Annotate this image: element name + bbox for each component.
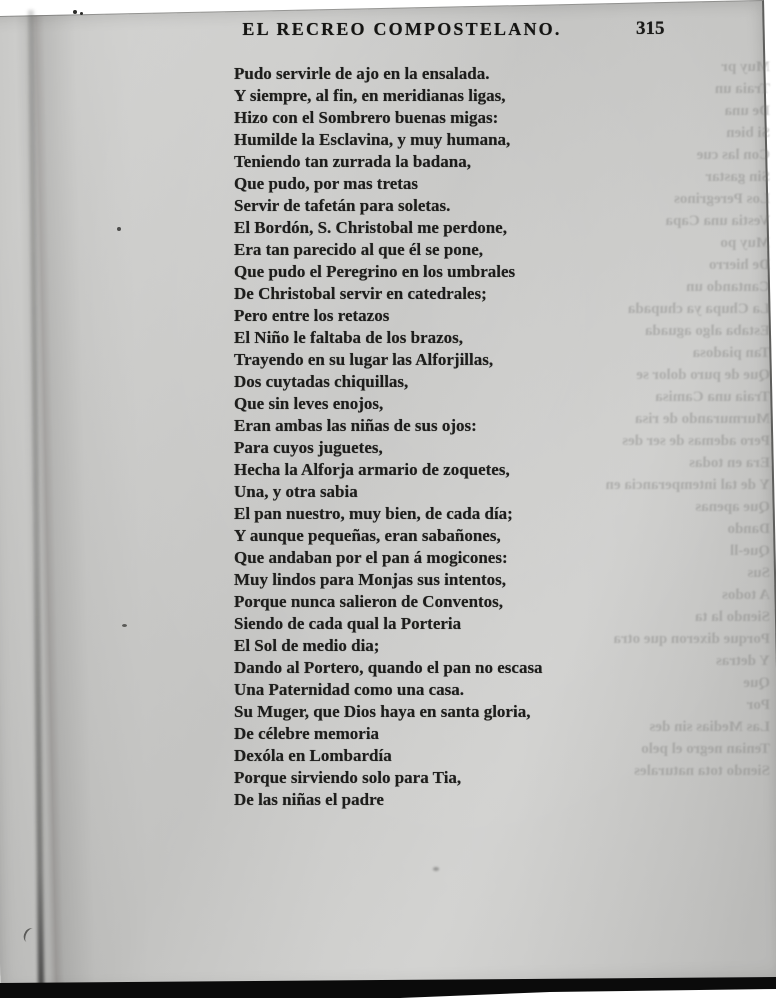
ink-speck	[73, 10, 77, 14]
poem-line: Servir de tafetán para soletas.	[234, 195, 664, 217]
poem-line: Muy lindos para Monjas sus intentos,	[234, 569, 664, 591]
poem-line: Trayendo en su lugar las Alforjillas,	[234, 349, 664, 371]
ink-speck	[117, 227, 121, 231]
poem-line: Una Paternidad como una casa.	[234, 679, 664, 701]
poem-line: De célebre memoria	[234, 723, 664, 745]
poem-line: Eran ambas las niñas de sus ojos:	[234, 415, 664, 437]
ink-speck	[122, 624, 127, 627]
poem-line: Hecha la Alforja armario de zoquetes,	[234, 459, 664, 481]
poem-line: Era tan parecido al que él se pone,	[234, 239, 664, 261]
poem-line: Que andaban por el pan á mogicones:	[234, 547, 664, 569]
poem-text: Pudo servirle de ajo en la ensalada.Y si…	[234, 63, 664, 811]
poem-line: Pudo servirle de ajo en la ensalada.	[234, 63, 664, 85]
poem-line: Hizo con el Sombrero buenas migas:	[234, 107, 664, 129]
ink-speck	[433, 867, 439, 871]
poem-line: Dos cuytadas chiquillas,	[234, 371, 664, 393]
poem-line: El Bordón, S. Christobal me perdone,	[234, 217, 664, 239]
poem-line: Porque sirviendo solo para Tia,	[234, 767, 664, 789]
poem-line: Y siempre, al fin, en meridianas ligas,	[234, 85, 664, 107]
poem-line: El Sol de medio dia;	[234, 635, 664, 657]
page-number: 315	[636, 18, 665, 40]
poem-line: Siendo de cada qual la Porteria	[234, 613, 664, 635]
poem-line: Que sin leves enojos,	[234, 393, 664, 415]
poem-line: Porque nunca salieron de Conventos,	[234, 591, 664, 613]
poem-line: De Christobal servir en catedrales;	[234, 283, 664, 305]
poem-line: El pan nuestro, muy bien, de cada día;	[234, 503, 664, 525]
poem-line: Y aunque pequeñas, eran sabañones,	[234, 525, 664, 547]
poem-line: Humilde la Esclavina, y muy humana,	[234, 129, 664, 151]
poem-line: Que pudo el Peregrino en los umbrales	[234, 261, 664, 283]
poem-line: El Niño le faltaba de los brazos,	[234, 327, 664, 349]
poem-line: Para cuyos juguetes,	[234, 437, 664, 459]
poem-line: Dexóla en Lombardía	[234, 745, 664, 767]
poem-line: De las niñas el padre	[234, 789, 664, 811]
poem-line: Teniendo tan zurrada la badana,	[234, 151, 664, 173]
poem-line: Que pudo, por mas tretas	[234, 173, 664, 195]
poem-line: Su Muger, que Dios haya en santa gloria,	[234, 701, 664, 723]
ink-speck	[80, 12, 83, 15]
poem-line: Pero entre los retazos	[234, 305, 664, 327]
poem-line: Dando al Portero, quando el pan no escas…	[234, 657, 664, 679]
poem-line: Una, y otra sabia	[234, 481, 664, 503]
book-scan: Muy prTraia unDe unaSi bienCon las cueSi…	[0, 0, 776, 998]
